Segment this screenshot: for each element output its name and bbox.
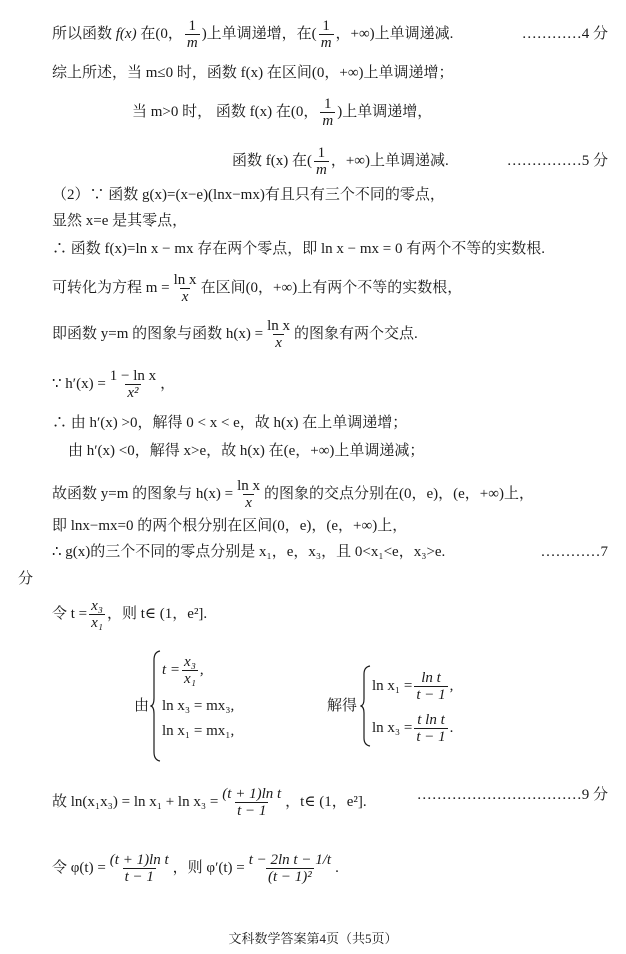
line-transform-equation: 可转化为方程 m =ln xx在区间(0，+∞)上有两个不等的实数根， bbox=[52, 272, 462, 305]
score-5: ……………5 分 bbox=[507, 152, 608, 170]
text: ∵ h′(x) = bbox=[52, 376, 106, 392]
line-ln-product: 故 ln(x₁x₃) = ln x₁ + ln x₃ =(t + 1)ln tt… bbox=[52, 786, 367, 819]
text: 函数 f(x) 在( bbox=[232, 153, 312, 169]
text: 故 ln(x₁x₃) = ln x₁ + ln x₃ = bbox=[52, 794, 218, 810]
text: )上单调递增，在( bbox=[202, 26, 317, 42]
text: ，t∈ (1，e²]. bbox=[285, 794, 366, 810]
text: t = bbox=[162, 662, 180, 678]
line-case-m-positive: 当 m>0 时， 函数 f(x) 在(0，1m)上单调递增， bbox=[132, 96, 432, 129]
numerator: 1 − ln x bbox=[108, 368, 158, 384]
solution-eq-1: ln x₁ =ln tt − 1, bbox=[372, 670, 453, 703]
line-h-derivative: ∵ h′(x) =1 − ln xx²， bbox=[52, 368, 175, 401]
score-7: …………7 bbox=[541, 543, 609, 561]
fraction-lnt-over-t-minus-1: ln tt − 1 bbox=[414, 670, 447, 703]
line-decreasing: 函数 f(x) 在(1m，+∞)上单调递减. bbox=[232, 145, 449, 178]
score-7-wrap: 分 bbox=[18, 570, 33, 588]
left-brace-icon bbox=[150, 650, 162, 762]
line-x-equals-e: 显然 x=e 是其零点， bbox=[52, 212, 187, 230]
text: ， bbox=[160, 376, 175, 392]
denominator: x bbox=[243, 494, 254, 511]
denominator: x₁ bbox=[89, 614, 105, 631]
line-part2-intro: （2）∵ 函数 g(x)=(x−e)(lnx−mx)有且只有三个不同的零点， bbox=[52, 186, 445, 204]
numerator: ln x bbox=[235, 478, 262, 494]
fraction-h-prime: 1 − ln xx² bbox=[108, 368, 158, 401]
math-fx: f(x) bbox=[116, 26, 137, 42]
fraction-tlnt-over-t-minus-1: t ln tt − 1 bbox=[414, 712, 447, 745]
denominator: t − 1 bbox=[414, 728, 447, 745]
denominator: t − 1 bbox=[414, 686, 447, 703]
denominator: m bbox=[314, 161, 329, 178]
fraction-1-over-m: 1m bbox=[185, 18, 200, 51]
text: ，则 t∈ (1，e²]. bbox=[107, 606, 207, 622]
line-three-zeros: ∴ g(x)的三个不同的零点分别是 x₁，e，x₃，且 0<x₁<e，x₃>e. bbox=[52, 543, 445, 561]
numerator: ln x bbox=[265, 318, 292, 334]
numerator: (t + 1)ln t bbox=[220, 786, 283, 802]
line-let-t: 令 t =x₃x₁，则 t∈ (1，e²]. bbox=[52, 598, 207, 631]
numerator: 1 bbox=[322, 96, 334, 112]
numerator: ln t bbox=[419, 670, 443, 686]
text: 即函数 y=m 的图象与函数 h(x) = bbox=[52, 326, 263, 342]
numerator: 1 bbox=[320, 18, 332, 34]
system-prefix: 由 bbox=[134, 697, 149, 715]
solution-prefix: 解得 bbox=[327, 697, 357, 715]
system-eq-3: ln x₁ = mx₁, bbox=[162, 722, 234, 740]
text: , bbox=[200, 662, 204, 678]
numerator: x₃ bbox=[182, 654, 198, 670]
numerator: t − 2ln t − 1/t bbox=[247, 852, 333, 868]
line-roots-intervals: 即 lnx−mx=0 的两个根分别在区间(0，e)，(e，+∞)上， bbox=[52, 517, 407, 535]
denominator: m bbox=[319, 34, 334, 51]
fraction-lnx-over-x: ln xx bbox=[265, 318, 292, 351]
denominator: x₁ bbox=[182, 670, 198, 687]
fraction-lnx-over-x: ln xx bbox=[172, 272, 199, 305]
text: )上单调递增， bbox=[337, 104, 432, 120]
text: 故函数 y=m 的图象与 h(x) = bbox=[52, 486, 233, 502]
text: ，+∞)上单调递减. bbox=[336, 26, 454, 42]
fraction-t-plus-1-lnt-over-t-minus-1: (t + 1)ln tt − 1 bbox=[220, 786, 283, 819]
text: 令 t = bbox=[52, 606, 87, 622]
line-h-decreasing: 由 h′(x) <0，解得 x>e，故 h(x) 在(e，+∞)上单调递减； bbox=[68, 442, 424, 460]
text: 在区间(0，+∞)上有两个不等的实数根， bbox=[201, 280, 463, 296]
text: 可转化为方程 m = bbox=[52, 280, 170, 296]
numerator: x₃ bbox=[89, 598, 105, 614]
line-intersection: 即函数 y=m 的图象与函数 h(x) =ln xx的图象有两个交点. bbox=[52, 318, 418, 351]
text: 当 m>0 时， 函数 f(x) 在(0， bbox=[132, 104, 318, 120]
line-intersection-intervals: 故函数 y=m 的图象与 h(x) =ln xx的图象的交点分别在(0，e)，(… bbox=[52, 478, 534, 511]
text: 的图象的交点分别在(0，e)，(e，+∞)上， bbox=[264, 486, 534, 502]
system-eq-2: ln x₃ = mx₃, bbox=[162, 697, 234, 715]
line-summary: 综上所述，当 m≤0 时，函数 f(x) 在区间(0，+∞)上单调递增； bbox=[52, 64, 454, 82]
denominator: x bbox=[180, 288, 191, 305]
fraction-phi-prime: t − 2ln t − 1/t(t − 1)² bbox=[247, 852, 333, 885]
text: 所以函数 bbox=[52, 26, 116, 42]
denominator: t − 1 bbox=[235, 802, 268, 819]
numerator: (t + 1)ln t bbox=[108, 852, 171, 868]
text: 的图象有两个交点. bbox=[294, 326, 418, 342]
text: ln x₃ = bbox=[372, 720, 412, 736]
fraction-1-over-m: 1m bbox=[319, 18, 334, 51]
fraction-x3-over-x1: x₃x₁ bbox=[182, 654, 198, 687]
line-h-increasing: ∴ 由 h′(x) >0，解得 0 < x < e，故 h(x) 在上单调递增； bbox=[52, 414, 407, 432]
text: ，则 φ′(t) = bbox=[173, 860, 245, 876]
fraction-lnx-over-x: ln xx bbox=[235, 478, 262, 511]
denominator: (t − 1)² bbox=[266, 868, 314, 885]
denominator: m bbox=[185, 34, 200, 51]
text: . bbox=[335, 860, 339, 876]
fraction-1-over-m: 1m bbox=[320, 96, 335, 129]
fraction-1-over-m: 1m bbox=[314, 145, 329, 178]
numerator: 1 bbox=[316, 145, 328, 161]
numerator: t ln t bbox=[415, 712, 447, 728]
score-4: …………4 分 bbox=[522, 25, 608, 43]
numerator: ln x bbox=[172, 272, 199, 288]
line-two-zeros: ∴ 函数 f(x)=ln x − mx 存在两个零点，即 ln x − mx =… bbox=[52, 240, 545, 258]
solution-eq-2: ln x₃ =t ln tt − 1. bbox=[372, 712, 453, 745]
text: 在(0， bbox=[137, 26, 183, 42]
text: ln x₁ = bbox=[372, 678, 412, 694]
text: 令 φ(t) = bbox=[52, 860, 106, 876]
score-9: ……………………………9 分 bbox=[417, 786, 608, 804]
numerator: 1 bbox=[187, 18, 199, 34]
text: . bbox=[450, 720, 454, 736]
denominator: m bbox=[320, 112, 335, 129]
page-footer: 文科数学答案第4页（共5页） bbox=[0, 928, 626, 947]
fraction-x3-over-x1: x₃x₁ bbox=[89, 598, 105, 631]
left-brace-icon bbox=[360, 665, 372, 747]
denominator: x bbox=[273, 334, 284, 351]
line-phi: 令 φ(t) =(t + 1)ln tt − 1，则 φ′(t) =t − 2l… bbox=[52, 852, 339, 885]
denominator: t − 1 bbox=[123, 868, 156, 885]
denominator: x² bbox=[125, 384, 140, 401]
system-eq-1: t =x₃x₁, bbox=[162, 654, 204, 687]
fraction-phi: (t + 1)ln tt − 1 bbox=[108, 852, 171, 885]
line-monotonic-intervals: 所以函数 f(x) 在(0，1m)上单调递增，在(1m，+∞)上单调递减. bbox=[52, 18, 453, 51]
text: ，+∞)上单调递减. bbox=[331, 153, 449, 169]
text: , bbox=[450, 678, 454, 694]
